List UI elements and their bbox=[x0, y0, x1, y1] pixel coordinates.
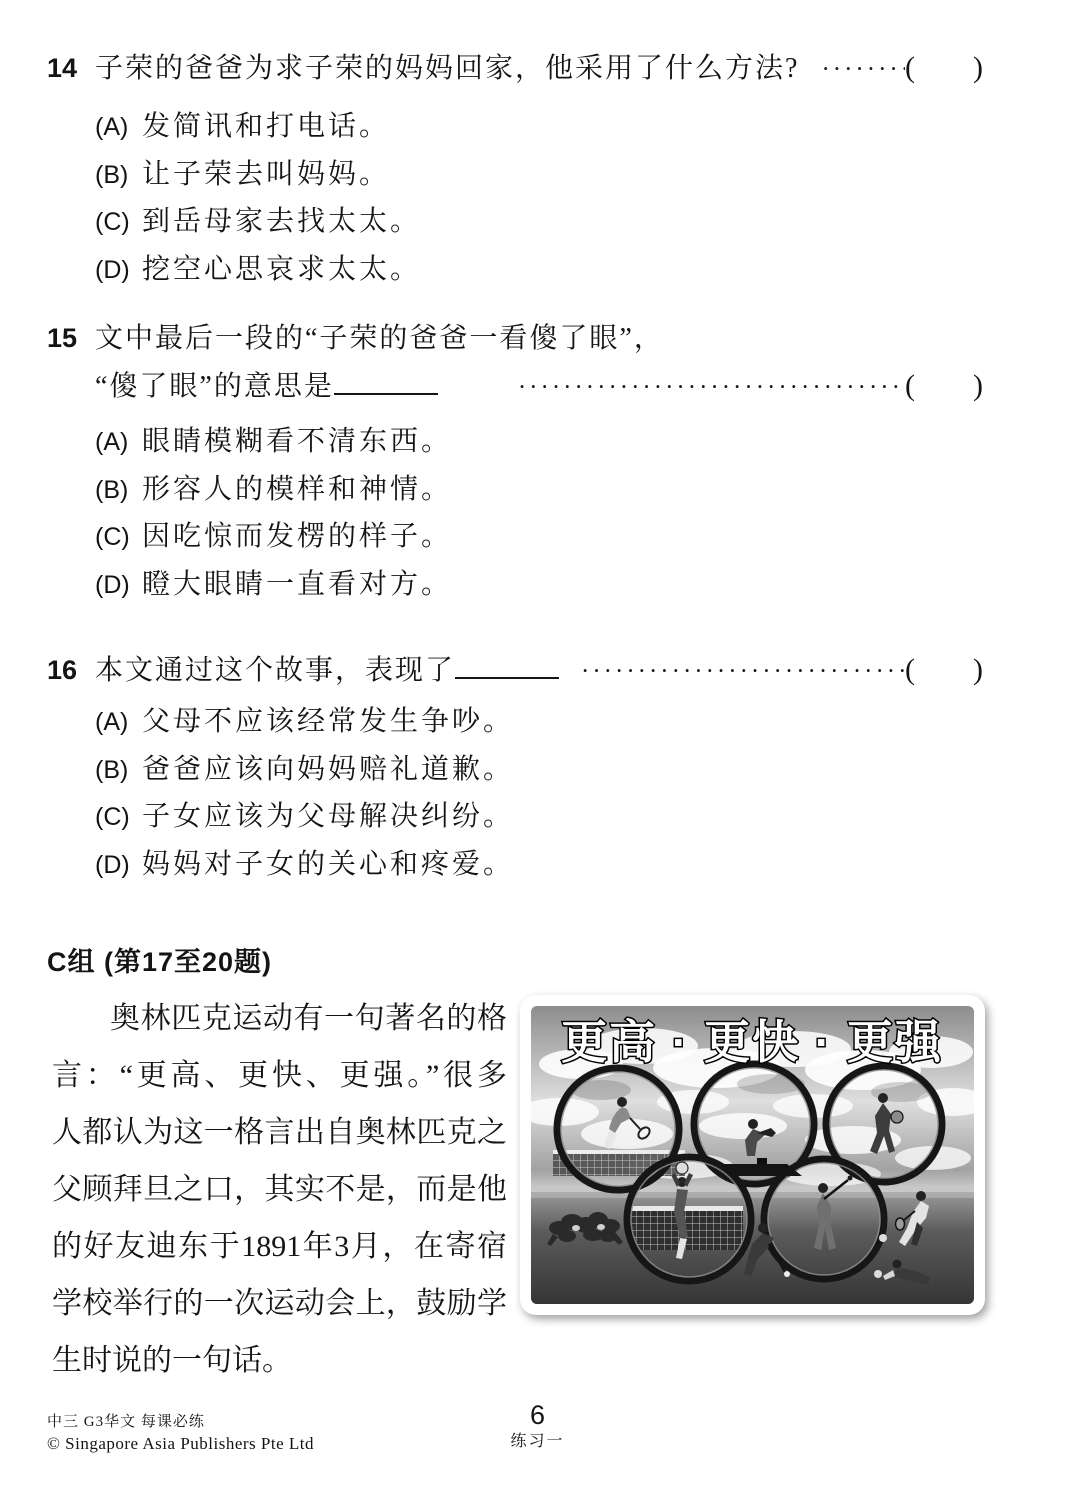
fill-in-blank-line bbox=[334, 393, 438, 395]
option-row: (B) 爸爸应该向妈妈赔礼道歉。 bbox=[95, 747, 514, 787]
option-text: 到岳母家去找太太。 bbox=[142, 199, 421, 239]
exercise-label: 练习一 bbox=[0, 1430, 1075, 1454]
dotted-leader: ············ bbox=[799, 56, 905, 84]
dotted-leader: ········································… bbox=[559, 658, 905, 686]
passage-line: 学校举行的一次运动会上，鼓励学 bbox=[52, 1275, 507, 1332]
question-prompt-line1: 文中最后一段的“子荣的爸爸一看傻了眼”， bbox=[95, 316, 664, 356]
option-text: 瞪大眼睛一直看对方。 bbox=[142, 562, 452, 602]
option-text: 让子荣去叫妈妈。 bbox=[142, 152, 390, 192]
question-prompt-line2: “傻了眼”的意思是 bbox=[95, 364, 334, 404]
section-c-passage: 奥林匹克运动有一句著名的格 言：“更高、更快、更强。”很多 人都认为这一格言出自… bbox=[52, 990, 507, 1389]
question-prompt: 子荣的爸爸为求子荣的妈妈回家，他采用了什么方法? bbox=[95, 46, 799, 86]
paren-close: ) bbox=[973, 369, 983, 402]
olympic-collage-image: 更高 · 更快 · 更强 bbox=[531, 1006, 974, 1304]
option-row: (B) 让子荣去叫妈妈。 bbox=[95, 152, 390, 192]
question-number: 14 bbox=[47, 53, 95, 84]
volleyball-net bbox=[631, 1206, 743, 1250]
option-label: (A) bbox=[95, 428, 142, 457]
option-label: (D) bbox=[95, 571, 142, 600]
olympic-collage-photo-frame: 更高 · 更快 · 更强 bbox=[520, 995, 985, 1315]
olympic-motto-headline: 更高 · 更快 · 更强 bbox=[561, 1016, 943, 1068]
answer-parentheses: () bbox=[905, 51, 983, 85]
question-14-prompt-row: 14 子荣的爸爸为求子荣的妈妈回家，他采用了什么方法? ············… bbox=[47, 46, 983, 86]
option-text: 挖空心思哀求太太。 bbox=[142, 247, 421, 287]
question-prompt: 本文通过这个故事，表现了 bbox=[95, 648, 455, 688]
option-label: (C) bbox=[95, 803, 142, 832]
paren-close: ) bbox=[973, 653, 983, 686]
answer-parentheses: () bbox=[905, 653, 983, 687]
section-c-heading: C组 (第17至20题) bbox=[47, 940, 272, 979]
option-label: (D) bbox=[95, 851, 142, 880]
option-text: 眼睛模糊看不清东西。 bbox=[142, 419, 452, 459]
option-row: (A) 父母不应该经常发生争吵。 bbox=[95, 699, 514, 739]
paren-open: ( bbox=[905, 653, 915, 686]
option-row: (D) 挖空心思哀求太太。 bbox=[95, 247, 421, 287]
question-15-prompt-row2: “傻了眼”的意思是 ······························… bbox=[47, 364, 983, 404]
option-row: (A) 眼睛模糊看不清东西。 bbox=[95, 419, 452, 459]
option-label: (C) bbox=[95, 523, 142, 552]
option-row: (B) 形容人的模样和神情。 bbox=[95, 467, 452, 507]
passage-line: 言：“更高、更快、更强。”很多 bbox=[52, 1047, 507, 1104]
option-text: 子女应该为父母解决纠纷。 bbox=[142, 794, 514, 834]
option-row: (D) 妈妈对子女的关心和疼爱。 bbox=[95, 842, 514, 882]
question-number: 16 bbox=[47, 655, 95, 686]
passage-line: 生时说的一句话。 bbox=[52, 1332, 507, 1389]
page-number: 6 bbox=[0, 1400, 1075, 1430]
worksheet-page: 14 子荣的爸爸为求子荣的妈妈回家，他采用了什么方法? ············… bbox=[0, 0, 1075, 1486]
option-text: 发简讯和打电话。 bbox=[142, 104, 390, 144]
passage-line: 的好友迪东于1891年3月，在寄宿 bbox=[52, 1218, 507, 1275]
option-row: (A) 发简讯和打电话。 bbox=[95, 104, 390, 144]
option-label: (B) bbox=[95, 476, 142, 505]
option-row: (C) 因吃惊而发楞的样子。 bbox=[95, 514, 452, 554]
question-15-prompt-row: 15 文中最后一段的“子荣的爸爸一看傻了眼”， bbox=[47, 316, 983, 356]
option-label: (C) bbox=[95, 208, 142, 237]
dotted-leader: ········································… bbox=[438, 374, 905, 402]
option-label: (D) bbox=[95, 256, 142, 285]
question-number: 15 bbox=[47, 323, 95, 354]
option-row: (C) 子女应该为父母解决纠纷。 bbox=[95, 794, 514, 834]
passage-line: 奥林匹克运动有一句著名的格 bbox=[52, 990, 507, 1047]
option-row: (D) 瞪大眼睛一直看对方。 bbox=[95, 562, 452, 602]
option-label: (B) bbox=[95, 756, 142, 785]
question-16-prompt-row: 16 本文通过这个故事，表现了 ························… bbox=[47, 648, 983, 688]
option-text: 形容人的模样和神情。 bbox=[142, 467, 452, 507]
answer-parentheses: () bbox=[905, 369, 983, 403]
option-text: 爸爸应该向妈妈赔礼道歉。 bbox=[142, 747, 514, 787]
paren-close: ) bbox=[973, 51, 983, 84]
option-row: (C) 到岳母家去找太太。 bbox=[95, 199, 421, 239]
option-text: 妈妈对子女的关心和疼爱。 bbox=[142, 842, 514, 882]
option-label: (A) bbox=[95, 708, 142, 737]
fill-in-blank-line bbox=[455, 677, 559, 679]
paren-open: ( bbox=[905, 51, 915, 84]
option-text: 因吃惊而发楞的样子。 bbox=[142, 514, 452, 554]
paren-open: ( bbox=[905, 369, 915, 402]
option-label: (B) bbox=[95, 161, 142, 190]
option-label: (A) bbox=[95, 113, 142, 142]
passage-line: 人都认为这一格言出自奥林匹克之 bbox=[52, 1104, 507, 1161]
footer-center: 6 练习一 bbox=[0, 1400, 1075, 1454]
passage-line: 父顾拜旦之口，其实不是，而是他 bbox=[52, 1161, 507, 1218]
option-text: 父母不应该经常发生争吵。 bbox=[142, 699, 514, 739]
